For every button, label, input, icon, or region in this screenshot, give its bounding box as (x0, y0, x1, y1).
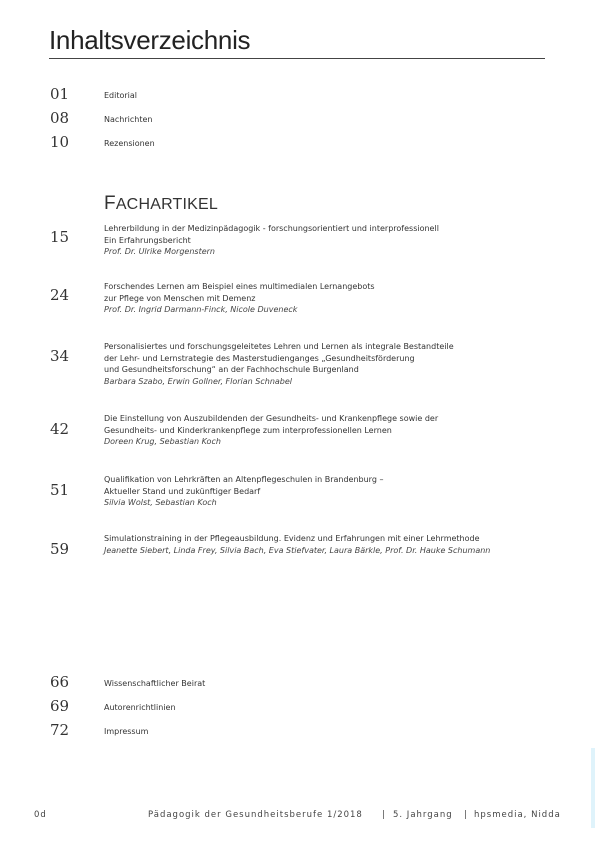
section-heading-fachartikel: FACHARTIKEL (104, 193, 218, 215)
page-number: 69 (50, 697, 69, 715)
footer-page-number: 0d (34, 810, 47, 820)
article-title-line[interactable]: und Gesundheitsforschung“ an der Fachhoc… (104, 364, 534, 376)
article-title-line[interactable]: Die Einstellung von Auszubildenden der G… (104, 413, 534, 425)
footer-journal: Pädagogik der Gesundheitsberufe 1/2018 (148, 810, 363, 820)
article-authors: Doreen Krug, Sebastian Koch (104, 436, 534, 448)
footer-separator: | (382, 810, 386, 820)
footer-separator: | (464, 810, 468, 820)
entry-label[interactable]: Impressum (104, 727, 148, 736)
article-authors: Prof. Dr. Ulrike Morgenstern (104, 246, 534, 258)
footer-publisher: hpsmedia, Nidda (474, 810, 561, 820)
entry-label[interactable]: Autorenrichtlinien (104, 703, 176, 712)
page-number: 15 (50, 228, 69, 246)
article-title-line[interactable]: Forschendes Lernen am Beispiel eines mul… (104, 281, 534, 293)
entry-label[interactable]: Wissenschaftlicher Beirat (104, 679, 205, 688)
entry-label[interactable]: Editorial (104, 91, 137, 100)
title-rule (49, 58, 545, 59)
page-number: 42 (50, 420, 69, 438)
page-number: 08 (50, 109, 69, 127)
page-edge-strip (591, 748, 595, 828)
page-number: 66 (50, 673, 69, 691)
article-title-line[interactable]: zur Pflege von Menschen mit Demenz (104, 293, 534, 305)
article-authors: Prof. Dr. Ingrid Darmann-Finck, Nicole D… (104, 304, 534, 316)
article-title-line[interactable]: Gesundheits- und Kinderkrankenpflege zum… (104, 425, 534, 437)
page-title: Inhaltsverzeichnis (49, 25, 250, 56)
article-title-line[interactable]: Simulationstraining in der Pflegeausbild… (104, 533, 564, 545)
article-title-line[interactable]: Personalisiertes und forschungsgeleitete… (104, 341, 534, 353)
article-title-line[interactable]: der Lehr- und Lernstrategie des Masterst… (104, 353, 534, 365)
entry-label[interactable]: Nachrichten (104, 115, 152, 124)
page-number: 34 (50, 347, 69, 365)
page-number: 51 (50, 481, 69, 499)
article-authors: Silvia Wolst, Sebastian Koch (104, 497, 534, 509)
footer-volume: 5. Jahrgang (393, 810, 453, 820)
page-number: 59 (50, 540, 69, 558)
entry-label[interactable]: Rezensionen (104, 139, 155, 148)
article-title-line[interactable]: Ein Erfahrungsbericht (104, 235, 534, 247)
article-title-line[interactable]: Qualifikation von Lehrkräften an Altenpf… (104, 474, 534, 486)
page-number: 10 (50, 133, 69, 151)
article-title-line[interactable]: Aktueller Stand und zukünftiger Bedarf (104, 486, 534, 498)
page-number: 01 (50, 85, 69, 103)
article-authors: Barbara Szabo, Erwin Gollner, Florian Sc… (104, 376, 534, 388)
article-authors: Jeanette Siebert, Linda Frey, Silvia Bac… (104, 545, 564, 557)
page-number: 24 (50, 286, 69, 304)
article-title-line[interactable]: Lehrerbildung in der Medizinpädagogik - … (104, 223, 534, 235)
page-number: 72 (50, 721, 69, 739)
